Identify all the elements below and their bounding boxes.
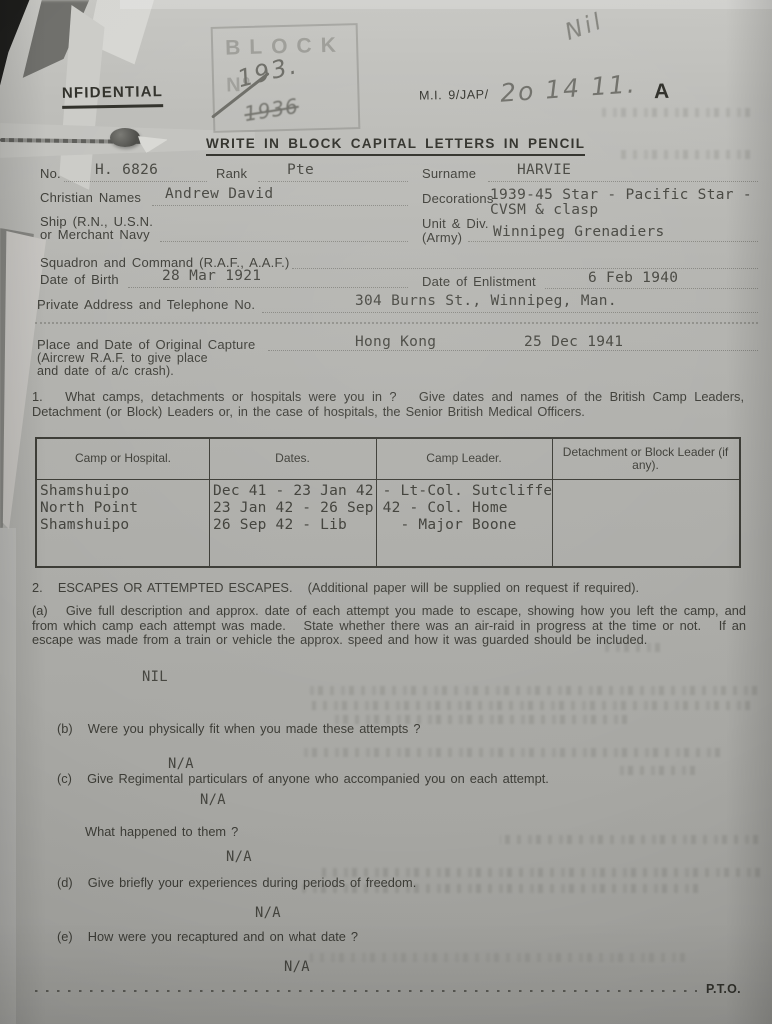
date-of-birth-value: 28 Mar 1921 <box>162 268 261 284</box>
no-label: No. <box>40 166 61 181</box>
address-value: 304 Burns St., Winnipeg, Man. <box>355 293 617 309</box>
surname-value: HARVIE <box>517 162 571 178</box>
answer-c: N/A <box>200 792 226 808</box>
christian-names-value: Andrew David <box>165 186 273 202</box>
question2c-followup-text: What happened to them ? <box>85 825 485 840</box>
bleedthrough-smudge <box>300 748 720 757</box>
dotted-leader <box>128 287 408 288</box>
dotted-leader <box>545 288 758 289</box>
bleedthrough-smudge <box>618 150 750 159</box>
table-header-camp: Camp or Hospital. <box>37 439 209 479</box>
date-of-birth-label: Date of Birth <box>40 272 119 287</box>
unit-value: Winnipeg Grenadiers <box>493 224 665 240</box>
paper-tear-strip-bright <box>88 0 163 70</box>
question2b-text: (b) Were you physically fit when you mad… <box>57 722 697 737</box>
string-tag-end <box>138 127 168 153</box>
address-label: Private Address and Telephone No. <box>37 297 255 312</box>
instruction-heading: WRITE IN BLOCK CAPITAL LETTERS IN PENCIL <box>206 136 585 156</box>
string-knot <box>110 128 140 147</box>
question1-text: 1. What camps, detachments or hospitals … <box>32 390 744 419</box>
answer-d: N/A <box>255 905 281 921</box>
dotted-leader <box>160 241 408 242</box>
dotted-leader <box>64 181 207 182</box>
page-fold-edge-dark <box>0 228 34 528</box>
table-header-detachment: Detachment or Block Leader (if any). <box>552 439 739 479</box>
christian-names-label: Christian Names <box>40 190 141 205</box>
table-header-dates: Dates. <box>209 439 376 479</box>
no-value: H. 6826 <box>95 162 158 178</box>
answer-b: N/A <box>168 756 194 772</box>
bleedthrough-smudge <box>500 835 758 844</box>
camps-table: Camp or Hospital. Dates. Camp Leader. De… <box>35 437 741 568</box>
pencil-note-nil: Nil <box>562 8 608 46</box>
top-edge-highlight <box>120 0 772 9</box>
answer-e: N/A <box>284 959 310 975</box>
dotted-leader <box>152 205 408 206</box>
paper-sheet: NFIDENTIAL BLOCK Nº 193. 1936 M.I. 9/JAP… <box>0 0 772 1024</box>
question2c-text: (c) Give Regimental particulars of anyon… <box>57 772 707 787</box>
scanner-bed-corner <box>0 0 70 95</box>
enlistment-label: Date of Enlistment <box>422 274 536 289</box>
question2-heading: 2. ESCAPES OR ATTEMPTED ESCAPES. (Additi… <box>32 581 747 596</box>
dotted-leader <box>258 181 408 182</box>
rank-label: Rank <box>216 166 247 181</box>
capture-label-line1: Place and Date of Original Capture <box>37 337 255 352</box>
dotted-leader <box>468 241 758 242</box>
table-row-entry: 23 Jan 42 - 26 Sep 42 - Col. Home <box>213 500 508 516</box>
reference-number-handwritten: 2o 14 11. <box>499 69 637 107</box>
left-edge-light-band <box>0 528 16 1024</box>
table-row-camp: North Point <box>40 500 138 516</box>
unit-label-line1: Unit & Div. <box>422 216 489 231</box>
classification-marking: NFIDENTIAL <box>62 83 164 109</box>
answer-c-followup: N/A <box>226 849 252 865</box>
enlistment-value: 6 Feb 1940 <box>588 270 678 286</box>
dotted-leader <box>268 350 758 351</box>
dotted-leader <box>262 312 758 313</box>
scanned-document-page: { "colors": { "paper": "#aeaeaa", "ink":… <box>0 0 772 1024</box>
bleedthrough-smudge <box>305 686 757 695</box>
surname-label: Surname <box>422 166 476 181</box>
capture-place-value: Hong Kong <box>355 334 436 350</box>
dotted-leader <box>292 268 758 269</box>
table-row-entry: 26 Sep 42 - Lib - Major Boone <box>213 517 517 533</box>
paper-tear-shadow <box>18 0 113 95</box>
table-header-leader: Camp Leader. <box>376 439 552 479</box>
table-row-camp: Shamshuipo <box>40 483 129 499</box>
ship-label-line2: or Merchant Navy <box>40 227 150 242</box>
reference-label: M.I. 9/JAP/ <box>419 87 489 102</box>
table-header-divider <box>37 479 739 480</box>
bleedthrough-smudge <box>312 701 750 710</box>
capture-label-line2: (Aircrew R.A.F. to give place <box>37 351 208 365</box>
dotted-leader <box>488 181 758 182</box>
copy-letter: A <box>654 80 670 104</box>
capture-date-value: 25 Dec 1941 <box>524 334 623 350</box>
answer-a: NIL <box>142 669 168 685</box>
capture-label-line3: and date of a/c crash). <box>37 364 174 378</box>
footer-dotted-line <box>35 990 697 992</box>
dotted-rule-full <box>35 322 758 324</box>
string-cord <box>0 138 152 144</box>
decorations-value-line1: 1939-45 Star - Pacific Star - <box>490 187 752 203</box>
decorations-value-line2: CVSM & clasp <box>490 202 598 218</box>
rank-value: Pte <box>287 162 314 178</box>
bleedthrough-smudge <box>310 953 685 962</box>
question2e-text: (e) How were you recaptured and on what … <box>57 930 697 945</box>
bleedthrough-smudge <box>600 108 750 117</box>
decorations-label: Decorations <box>422 191 494 206</box>
pto-label: P.T.O. <box>706 982 741 996</box>
table-row-camp: Shamshuipo <box>40 517 129 533</box>
unit-label-line2: (Army) <box>422 230 462 245</box>
question2d-text: (d) Give briefly your experiences during… <box>57 876 697 891</box>
table-row-entry: Dec 41 - 23 Jan 42 - Lt-Col. Sutcliffe <box>213 483 552 499</box>
question2a-text: (a) Give full description and approx. da… <box>32 604 746 648</box>
